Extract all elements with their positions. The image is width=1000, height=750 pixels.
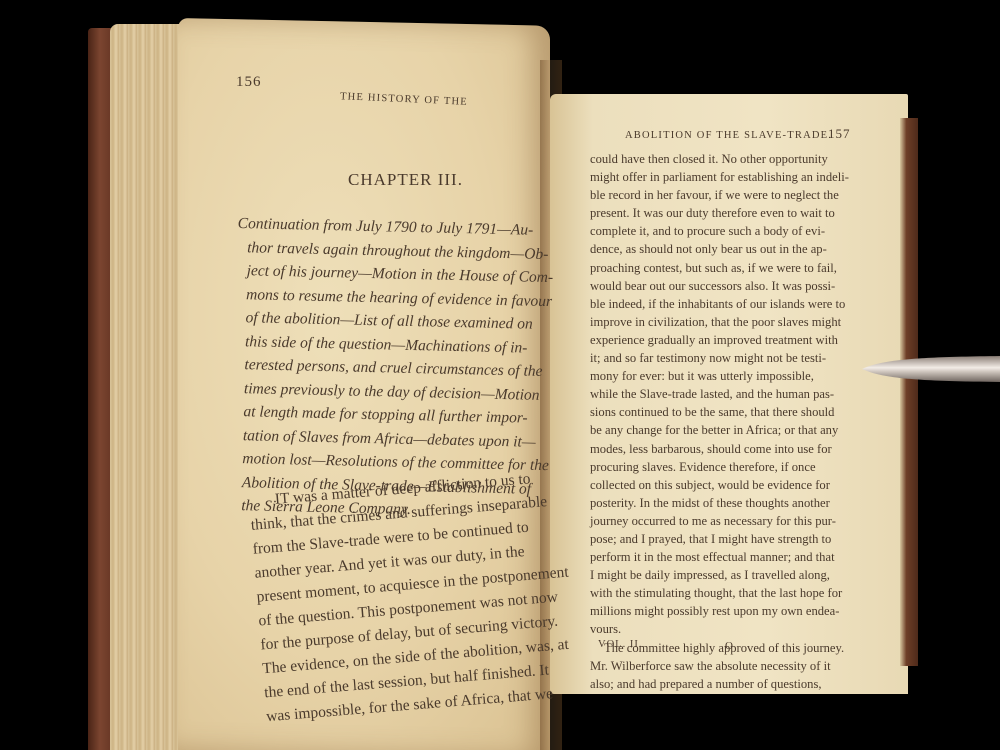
body-line: also; and had prepared a number of quest… (590, 675, 860, 693)
body-line: improve in civilization, that the poor s… (590, 313, 860, 331)
body-line: complete it, and to procure such a body … (590, 222, 860, 240)
body-line: mony for ever: but it was utterly imposs… (590, 367, 860, 385)
left-page-number: 156 (236, 74, 262, 91)
body-line: could have then closed it. No other oppo… (590, 150, 860, 168)
body-line: procuring slaves. Evidence therefore, if… (590, 458, 860, 476)
right-page-body: could have then closed it. No other oppo… (590, 150, 860, 693)
body-line: posterity. In the midst of these thought… (590, 494, 860, 512)
book-photo-scene: 156 THE HISTORY OF THE CHAPTER III. Cont… (0, 0, 1000, 750)
body-line: collected on this subject, would be evid… (590, 476, 860, 494)
body-line: pose; and I prayed, that I might have st… (590, 530, 860, 548)
body-line: millions might possibly rest upon my own… (590, 602, 860, 620)
body-line: be any change for the better in Africa; … (590, 421, 860, 439)
body-line: proaching contest, but such as, if we we… (590, 259, 860, 277)
chapter-title: CHAPTER III. (348, 170, 463, 190)
body-line: modes, less barbarous, should come into … (590, 440, 860, 458)
right-running-head: ABOLITION OF THE SLAVE-TRADE. (625, 130, 832, 141)
volume-signature: VOL. II. (598, 639, 642, 650)
body-line: ble indeed, if the inhabitants of our is… (590, 295, 860, 313)
body-line: sions continued to be the same, that the… (590, 403, 860, 421)
blade-pointer-icon (862, 354, 1000, 384)
body-line: vours. (590, 620, 860, 638)
body-line: present. It was our duty therefore even … (590, 204, 860, 222)
body-line: might offer in parliament for establishi… (590, 168, 860, 186)
body-line: perform it in the most effectual manner;… (590, 548, 860, 566)
body-line: Mr. Wilberforce saw the absolute necessi… (590, 657, 860, 675)
body-line: would bear out our successors also. It w… (590, 277, 860, 295)
left-page-body: IT was a matter of deep affliction to us… (248, 466, 566, 729)
body-line: it; and so far testimony now might not b… (590, 349, 860, 367)
signature-mark: O (725, 640, 733, 652)
body-line: journey occurred to me as necessary for … (590, 512, 860, 530)
body-line: ble record in her favour, if we were to … (590, 186, 860, 204)
right-page-number: 157 (828, 126, 851, 142)
body-line: while the Slave-trade lasted, and the hu… (590, 385, 860, 403)
body-line: with the stimulating thought, that the l… (590, 584, 860, 602)
body-line: experience gradually an improved treatme… (590, 331, 860, 349)
book-cover-right (900, 118, 918, 666)
body-line: dence, as should not only bear us out in… (590, 240, 860, 258)
body-line: I might be daily impressed, as I travell… (590, 566, 860, 584)
